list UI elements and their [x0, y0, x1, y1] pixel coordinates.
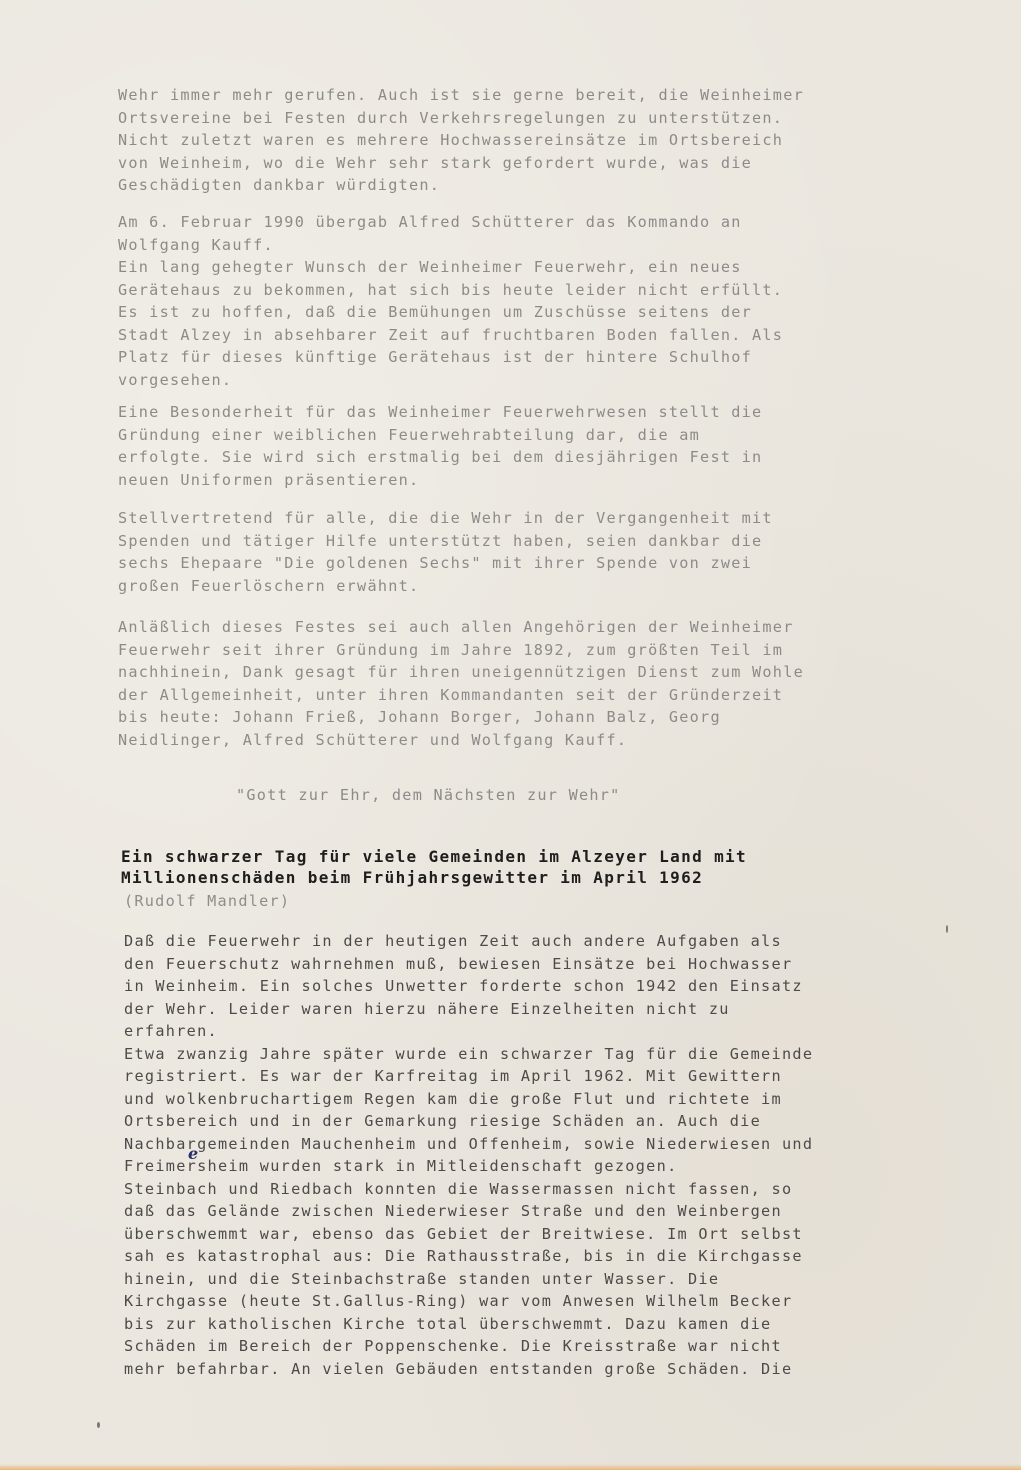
- text-line: Am 6. Februar 1990 übergab Alfred Schütt…: [118, 211, 783, 234]
- text-line: Wehr immer mehr gerufen. Auch ist sie ge…: [118, 84, 804, 107]
- text-line: Nachbargemeinden Mauchenheim und Offenhe…: [124, 1133, 813, 1156]
- paragraph-wehr-gerufen: Wehr immer mehr gerufen. Auch ist sie ge…: [118, 84, 804, 197]
- handwritten-correction-mark: e: [188, 1146, 200, 1162]
- article-author: (Rudolf Mandler): [124, 890, 290, 912]
- article-body: Daß die Feuerwehr in der heutigen Zeit a…: [124, 930, 813, 1380]
- text-line: daß das Gelände zwischen Niederwieser St…: [124, 1200, 813, 1223]
- text-line: Ein schwarzer Tag für viele Gemeinden im…: [121, 846, 747, 867]
- text-line: Wolfgang Kauff.: [118, 234, 783, 257]
- text-line: Platz für dieses künftige Gerätehaus ist…: [118, 346, 783, 369]
- text-line: und wolkenbruchartigem Regen kam die gro…: [124, 1088, 813, 1111]
- text-line: nachhinein, Dank gesagt für ihren uneige…: [118, 661, 804, 684]
- text-line: erfahren.: [124, 1020, 813, 1043]
- text-line: Stadt Alzey in absehbarer Zeit auf fruch…: [118, 324, 783, 347]
- paragraph-dank-kommandanten: Anläßlich dieses Festes sei auch allen A…: [118, 616, 804, 751]
- paragraph-spender: Stellvertretend für alle, die die Wehr i…: [118, 507, 773, 597]
- text-line: Daß die Feuerwehr in der heutigen Zeit a…: [124, 930, 813, 953]
- paper-speck: [946, 925, 948, 933]
- text-line: hinein, und die Steinbachstraße standen …: [124, 1268, 813, 1291]
- text-line: sah es katastrophal aus: Die Rathausstra…: [124, 1245, 813, 1268]
- text-line: Anläßlich dieses Festes sei auch allen A…: [118, 616, 804, 639]
- text-line: in Weinheim. Ein solches Unwetter forder…: [124, 975, 813, 998]
- text-line: mehr befahrbar. An vielen Gebäuden entst…: [124, 1358, 813, 1381]
- text-line: Nicht zuletzt waren es mehrere Hochwasse…: [118, 129, 804, 152]
- text-line: Schäden im Bereich der Poppenschenke. Di…: [124, 1335, 813, 1358]
- text-line: Stellvertretend für alle, die die Wehr i…: [118, 507, 773, 530]
- text-line: Feuerwehr seit ihrer Gründung im Jahre 1…: [118, 639, 804, 662]
- text-line: Steinbach und Riedbach konnten die Wasse…: [124, 1178, 813, 1201]
- text-line: Geschädigten dankbar würdigten.: [118, 174, 804, 197]
- motto-quote: "Gott zur Ehr, dem Nächsten zur Wehr": [236, 784, 621, 806]
- text-line: Ortsbereich und in der Gemarkung riesige…: [124, 1110, 813, 1133]
- text-line: bis heute: Johann Frieß, Johann Borger, …: [118, 706, 804, 729]
- text-line: bis zur katholischen Kirche total übersc…: [124, 1313, 813, 1336]
- text-line: großen Feuerlöschern erwähnt.: [118, 575, 773, 598]
- text-line: von Weinheim, wo die Wehr sehr stark gef…: [118, 152, 804, 175]
- text-line: Es ist zu hoffen, daß die Bemühungen um …: [118, 301, 783, 324]
- text-line: Eine Besonderheit für das Weinheimer Feu…: [118, 401, 762, 424]
- text-line: erfolgte. Sie wird sich erstmalig bei de…: [118, 446, 762, 469]
- text-line: Etwa zwanzig Jahre später wurde ein schw…: [124, 1043, 813, 1066]
- text-line: vorgesehen.: [118, 369, 783, 392]
- text-line: Kirchgasse (heute St.Gallus-Ring) war vo…: [124, 1290, 813, 1313]
- text-line: den Feuerschutz wahrnehmen muß, bewiesen…: [124, 953, 813, 976]
- text-line: registriert. Es war der Karfreitag im Ap…: [124, 1065, 813, 1088]
- text-line: Ein lang gehegter Wunsch der Weinheimer …: [118, 256, 783, 279]
- paragraph-frauenabteilung: Eine Besonderheit für das Weinheimer Feu…: [118, 401, 762, 491]
- article-heading: Ein schwarzer Tag für viele Gemeinden im…: [121, 846, 747, 888]
- text-line: Ortsvereine bei Festen durch Verkehrsreg…: [118, 107, 804, 130]
- text-line: Gründung einer weiblichen Feuerwehrabtei…: [118, 424, 762, 447]
- paper-speck: [97, 1422, 100, 1428]
- text-line: Millionenschäden beim Frühjahrsgewitter …: [121, 867, 747, 888]
- text-line: Gerätehaus zu bekommen, hat sich bis heu…: [118, 279, 783, 302]
- text-line: sechs Ehepaare "Die goldenen Sechs" mit …: [118, 552, 773, 575]
- text-line: Neidlinger, Alfred Schütterer und Wolfga…: [118, 729, 804, 752]
- text-line: der Wehr. Leider waren hierzu nähere Ein…: [124, 998, 813, 1021]
- paragraph-kommando-uebergabe: Am 6. Februar 1990 übergab Alfred Schütt…: [118, 211, 783, 391]
- text-line: neuen Uniformen präsentieren.: [118, 469, 762, 492]
- text-line: überschwemmt war, ebenso das Gebiet der …: [124, 1223, 813, 1246]
- text-line: Spenden und tätiger Hilfe unterstützt ha…: [118, 530, 773, 553]
- text-line: der Allgemeinheit, unter ihren Kommandan…: [118, 684, 804, 707]
- paper-edge: [0, 1464, 1021, 1470]
- text-line: Freimersheim wurden stark in Mitleidensc…: [124, 1155, 813, 1178]
